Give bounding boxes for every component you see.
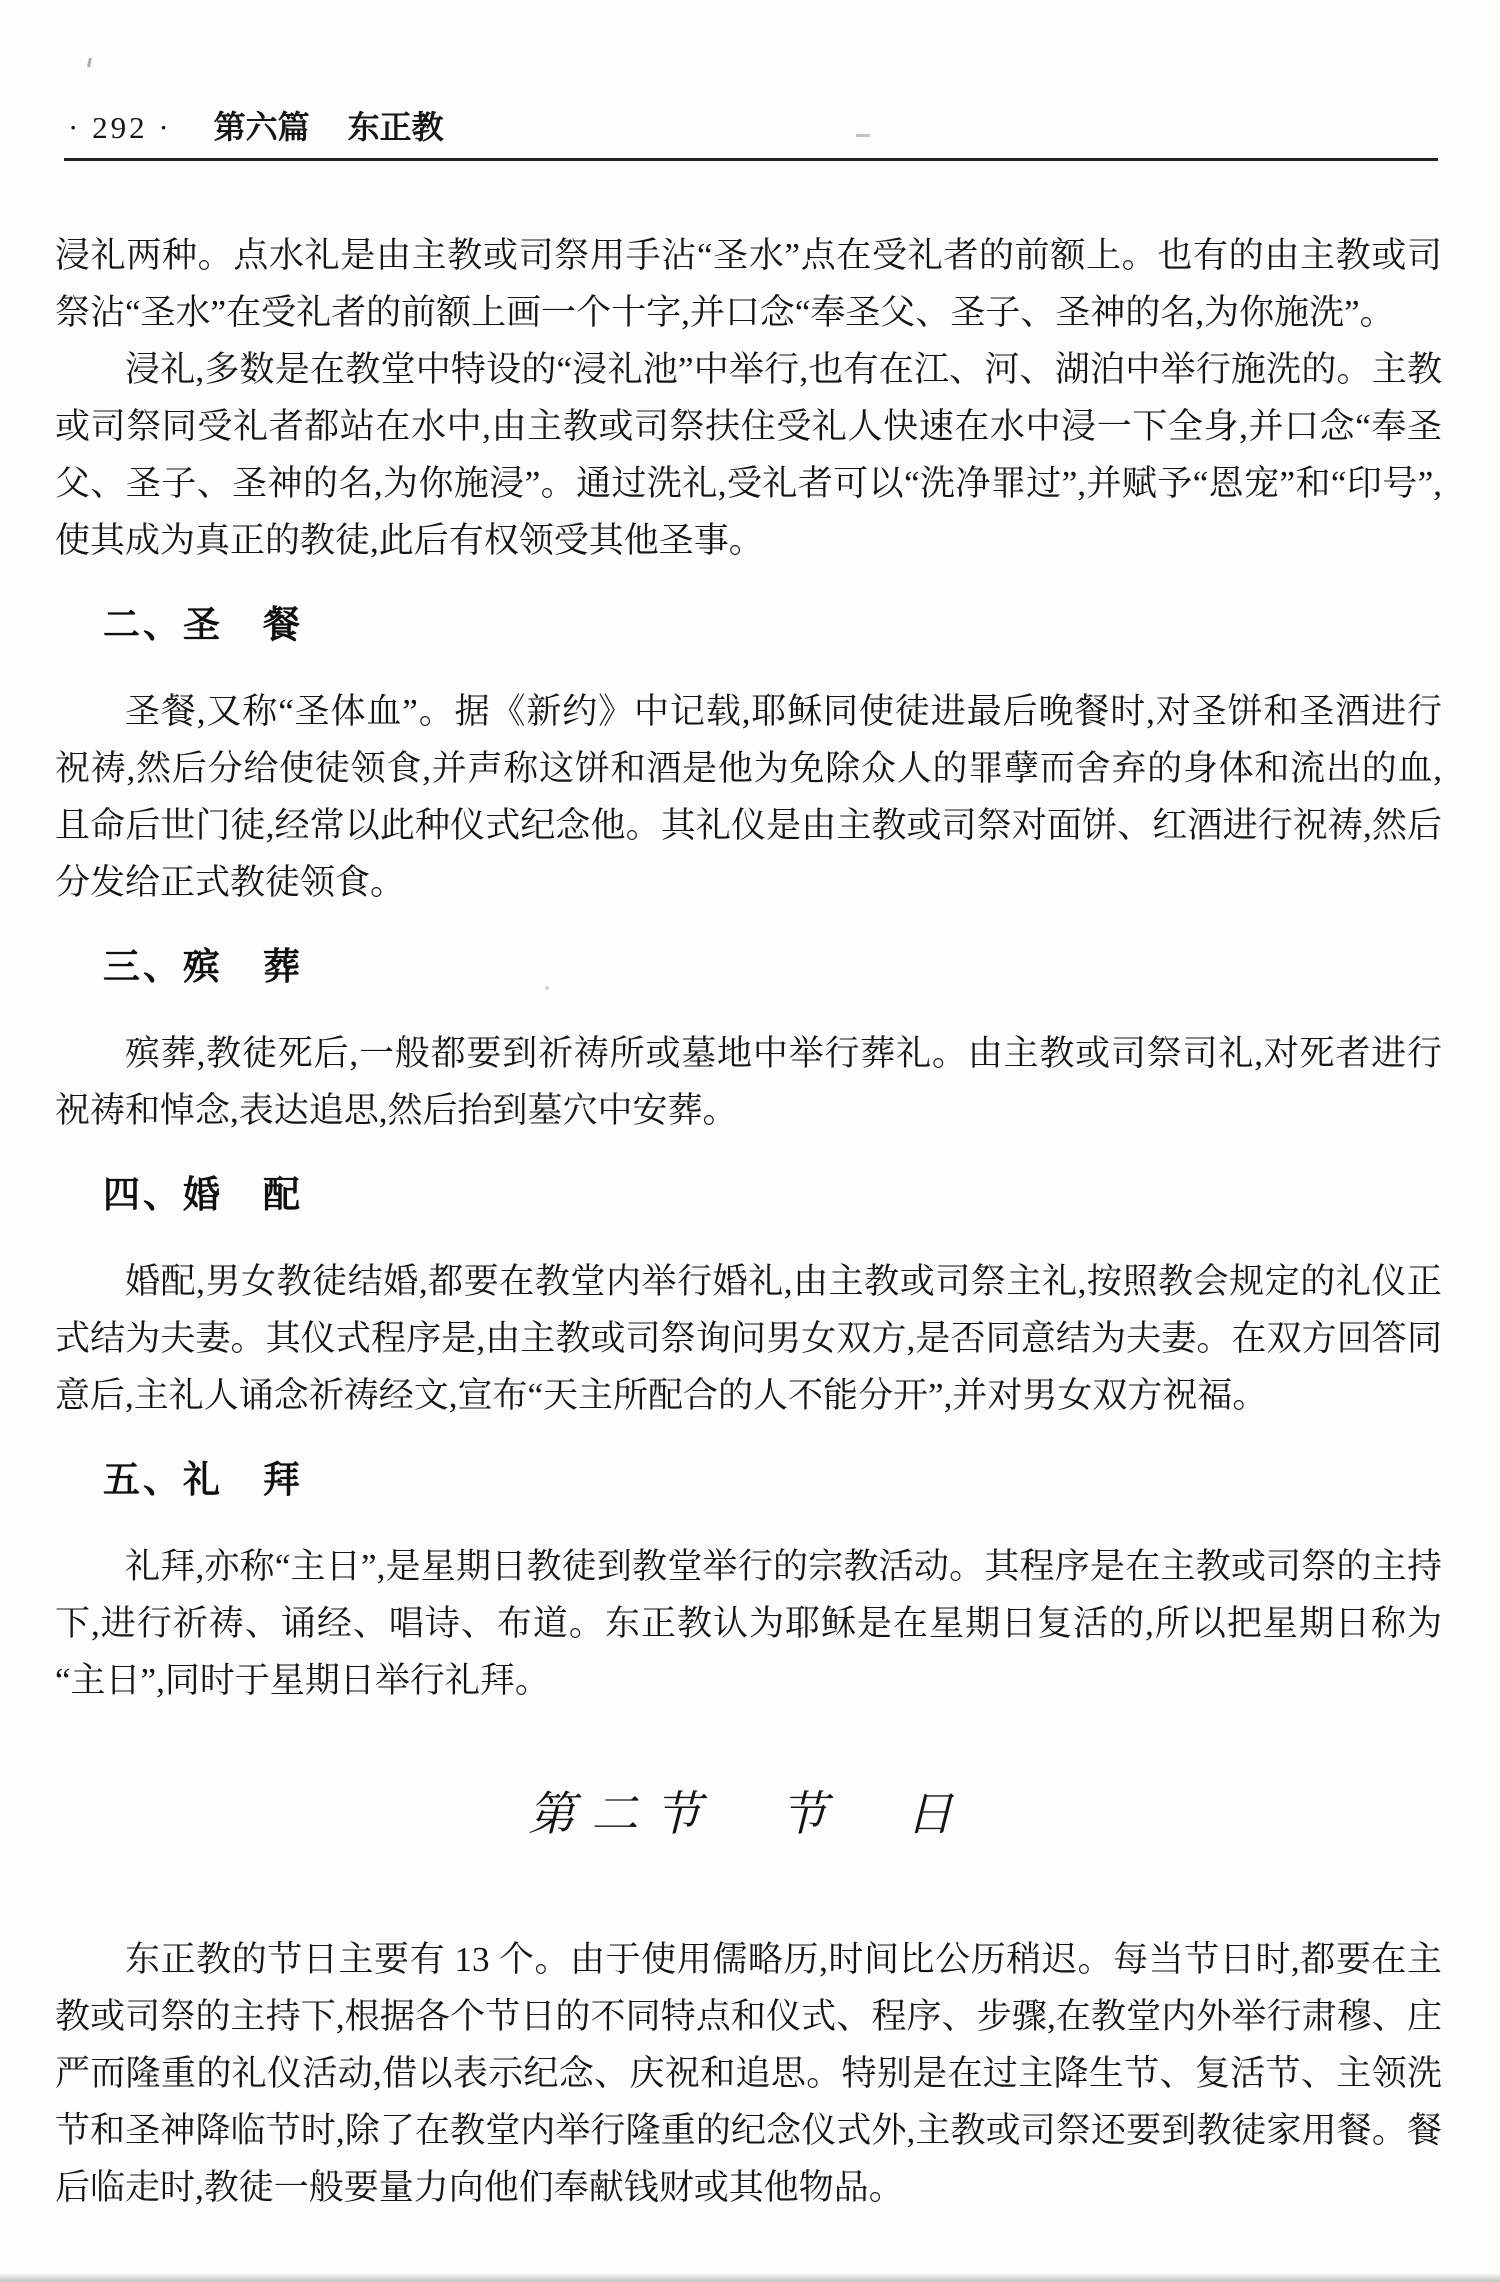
body-paragraph: 浸礼两种。点水礼是由主教或司祭用手沾“圣水”点在受礼者的前额上。也有的由主教或司… <box>55 227 1442 341</box>
body-paragraph: 浸礼,多数是在教堂中特设的“浸礼池”中举行,也有在江、河、湖泊中举行施洗的。主教… <box>55 341 1442 569</box>
section-heading: 二、圣 餐 <box>103 603 1442 647</box>
scan-artifact <box>856 134 870 137</box>
page-number: · 292 · <box>68 110 172 146</box>
section-heading: 四、婚 配 <box>103 1173 1442 1217</box>
book-page: · 292 · 第六篇 东正教 浸礼两种。点水礼是由主教或司祭用手沾“圣水”点在… <box>0 0 1500 2282</box>
body-paragraph: 东正教的节日主要有 13 个。由于使用儒略历,时间比公历稍迟。每当节日时,都要在… <box>55 1931 1442 2216</box>
part-label: 第六篇 <box>214 102 310 148</box>
page-body: 浸礼两种。点水礼是由主教或司祭用手沾“圣水”点在受礼者的前额上。也有的由主教或司… <box>55 227 1442 2216</box>
body-paragraph: 礼拜,亦称“主日”,是星期日教徒到教堂举行的宗教活动。其程序是在主教或司祭的主持… <box>55 1538 1442 1709</box>
part-title: 东正教 <box>348 102 444 148</box>
body-paragraph: 婚配,男女教徒结婚,都要在教堂内举行婚礼,由主教或司祭主礼,按照教会规定的礼仪正… <box>55 1253 1442 1424</box>
body-paragraph: 殡葬,教徒死后,一般都要到祈祷所或墓地中举行葬礼。由主教或司祭司礼,对死者进行祝… <box>55 1025 1442 1139</box>
page-header: · 292 · 第六篇 东正教 <box>68 0 1440 148</box>
scan-artifact <box>545 986 549 990</box>
chapter-heading: 第二节 节 日 <box>55 1783 1442 1847</box>
header-rule <box>64 158 1438 161</box>
scan-edge <box>0 2273 1500 2282</box>
section-heading: 三、殡 葬 <box>103 945 1442 989</box>
body-paragraph: 圣餐,又称“圣体血”。据《新约》中记载,耶稣同使徒进最后晚餐时,对圣饼和圣酒进行… <box>55 683 1442 911</box>
section-heading: 五、礼 拜 <box>103 1458 1442 1502</box>
